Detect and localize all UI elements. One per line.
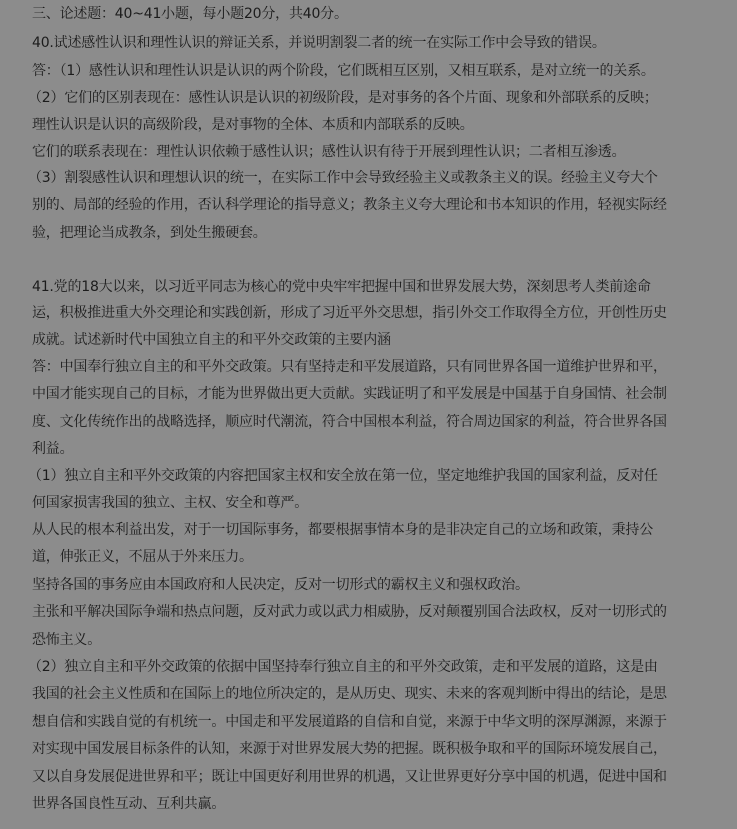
answer-41-line: （2）独立自主和平外交政策的依据中国坚持奉行独立自主的和平外交政策，走和平发展的… <box>28 658 718 676</box>
answer-41-line: 主张和平解决国际争端和热点问题，反对武力或以武力相威胁，反对颠覆别国合法政权，反… <box>32 603 722 621</box>
answer-41-line: （1）独立自主和平外交政策的内容把国家主权和安全放在第一位，坚定地维护我国的国家… <box>28 467 718 485</box>
answer-41-line: 想自信和实践自觉的有机统一。中国走和平发展道路的自信和自觉，来源于中华文明的深厚… <box>32 713 722 731</box>
answer-41-line: 何国家损害我国的独立、主权、安全和尊严。 <box>32 494 722 512</box>
answer-41-line: 利益。 <box>32 440 722 458</box>
answer-41-line: 我国的社会主义性质和在国际上的地位所决定的，是从历史、现实、未来的客观判断中得出… <box>32 685 722 703</box>
answer-40-line: 别的、局部的经验的作用，否认科学理论的指导意义；教条主义夸大理论和书本知识的作用… <box>32 196 722 214</box>
answer-41-line: 世界各国良性互动、互利共赢。 <box>32 795 722 813</box>
question-41-line: 成就。试述新时代中国独立自主的和平外交政策的主要内涵 <box>32 331 722 349</box>
answer-40-line: 它们的联系表现在：理性认识依赖于感性认识；感性认识有待于开展到理性认识；二者相互… <box>32 143 722 161</box>
answer-41-line: 恐怖主义。 <box>32 631 722 649</box>
answer-41-line: 从人民的根本利益出发，对于一切国际事务，都要根据事情本身的是非决定自己的立场和政… <box>32 521 722 539</box>
answer-40-line: （2）它们的区别表现在：感性认识是认识的初级阶段，是对事务的各个片面、现象和外部… <box>28 89 718 107</box>
answer-40-line: 理性认识是认识的高级阶段，是对事物的全体、本质和内部联系的反映。 <box>32 116 722 134</box>
answer-41-line: 坚持各国的事务应由本国政府和人民决定，反对一切形式的霸权主义和强权政治。 <box>32 576 722 594</box>
answer-41-line: 道，伸张正义，不屈从于外来压力。 <box>32 548 722 566</box>
answer-41-line: 中国才能实现自己的目标，才能为世界做出更大贡献。实践证明了和平发展是中国基于自身… <box>32 385 722 403</box>
answer-40-line: （3）割裂感性认识和理想认识的统一，在实际工作中会导致经验主义或教条主义的误。经… <box>28 169 718 187</box>
exam-document: 三、论述题：40~41小题，每小题20分，共40分。 40.试述感性认识和理性认… <box>0 0 737 829</box>
answer-41-line: 答：中国奉行独立自主的和平外交政策。只有坚持走和平发展道路，只有同世界各国一道维… <box>32 358 722 376</box>
answer-40-line: 验，把理论当成教条，到处生搬硬套。 <box>32 224 722 242</box>
answer-40-line: 答：（1）感性认识和理性认识是认识的两个阶段，它们既相互区别，又相互联系，是对立… <box>32 62 722 80</box>
question-40: 40.试述感性认识和理性认识的辩证关系，并说明割裂二者的统一在实际工作中会导致的… <box>32 34 722 52</box>
question-41-line: 运，积极推进重大外交理论和实践创新，形成了习近平外交思想，指引外交工作取得全方位… <box>32 304 722 322</box>
question-41-line: 41.党的18大以来，以习近平同志为核心的党中央牢牢把握中国和世界发展大势，深刻… <box>32 278 722 296</box>
answer-41-line: 对实现中国发展目标条件的认知，来源于对世界发展大势的把握。既积极争取和平的国际环… <box>32 740 722 758</box>
section-heading: 三、论述题：40~41小题，每小题20分，共40分。 <box>32 5 722 23</box>
answer-41-line: 度、文化传统作出的战略选择，顺应时代潮流，符合中国根本利益，符合周边国家的利益，… <box>32 413 722 431</box>
answer-41-line: 又以自身发展促进世界和平；既让中国更好利用世界的机遇，又让世界更好分享中国的机遇… <box>32 768 722 786</box>
